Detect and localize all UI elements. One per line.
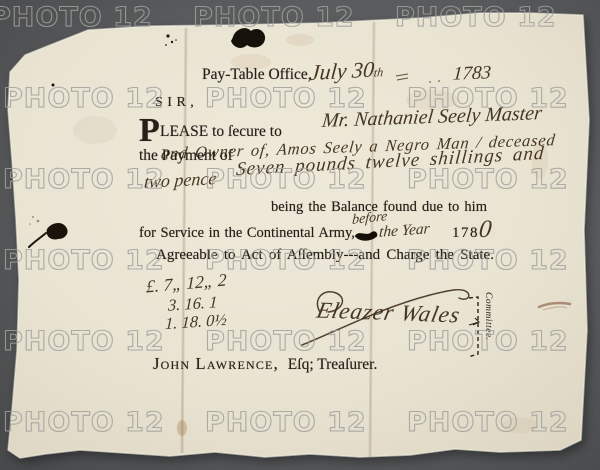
committee-label: Committee.	[483, 292, 493, 352]
payee-name: Mr. Nathaniel Seely Master	[321, 102, 543, 133]
treasurer-title: Eſq; Treaſurer.	[288, 356, 378, 373]
year-phrase: the Year	[378, 220, 430, 242]
document-content: Pay-Table Office, July 30th 1783 SIR, P …	[0, 0, 600, 470]
salutation: SIR,	[155, 95, 198, 111]
please-dropcap: P	[139, 114, 160, 148]
amount-words-line2: two pence	[143, 168, 217, 193]
treasurer-line: John Lawrence, Eſq; Treaſurer.	[153, 354, 377, 374]
date-handwritten: July 30th	[309, 56, 385, 86]
figures-line-3: 1. 18. 0½	[165, 310, 227, 334]
date-day: July 30	[309, 56, 375, 85]
payment-label: the Payment of	[139, 147, 233, 165]
year-handwritten-zero: 0	[478, 216, 493, 244]
date-ordinal: th	[373, 65, 384, 80]
treasurer-name: John Lawrence,	[153, 354, 279, 373]
office-heading: Pay-Table Office,	[202, 66, 312, 84]
signature: Eleazer Wales	[314, 298, 463, 329]
assembly-line: Agreeable to Act of Aſſembly---and Charg…	[156, 247, 494, 264]
date-year: 1783	[452, 62, 492, 85]
photographed-document: Pay-Table Office, July 30th 1783 SIR, P …	[0, 0, 600, 470]
year-printed: 178	[452, 225, 479, 242]
service-line: for Service in the Continental Army,	[139, 225, 355, 242]
please-line: LEASE to ſecure to	[160, 123, 282, 141]
